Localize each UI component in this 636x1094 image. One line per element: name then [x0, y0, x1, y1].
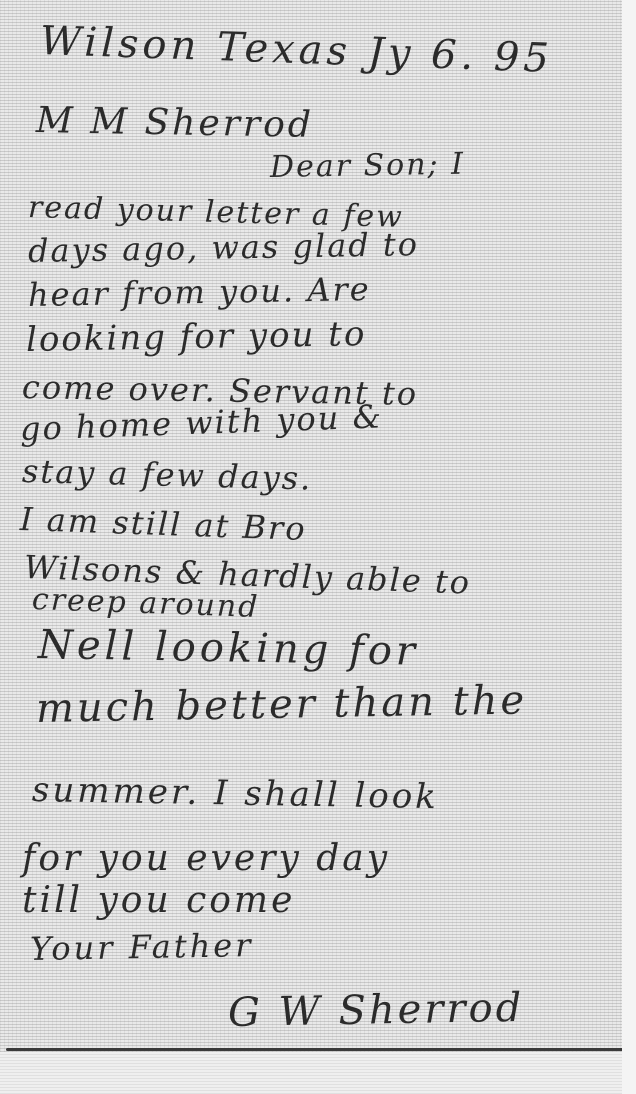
bottom-edge-rule	[6, 1048, 624, 1051]
body-line: much better than the	[36, 677, 528, 732]
body-line: Nell looking for	[38, 622, 420, 675]
body-line: stay a few days.	[22, 452, 313, 498]
body-line: for you every day	[22, 838, 390, 879]
signature: G W Sherrod	[228, 985, 525, 1036]
letter-page: Wilson Texas Jy 6. 95 M M Sherrod Dear S…	[0, 0, 636, 1094]
bottom-margin	[0, 1052, 636, 1094]
body-line: creep around	[31, 582, 260, 625]
body-line: days ago, was glad to	[28, 225, 420, 270]
salutation: Dear Son; I	[270, 147, 466, 185]
right-margin	[622, 0, 636, 1094]
recipient: M M Sherrod	[36, 100, 315, 146]
body-line: looking for you to	[26, 314, 367, 360]
body-line: summer. I shall look	[32, 770, 440, 817]
closing: Your Father	[30, 926, 254, 968]
dateline: Wilson Texas Jy 6. 95	[39, 18, 553, 82]
body-line: I am still at Bro	[19, 500, 307, 548]
body-line: hear from you. Are	[28, 270, 371, 314]
body-line: till you come	[22, 880, 295, 921]
